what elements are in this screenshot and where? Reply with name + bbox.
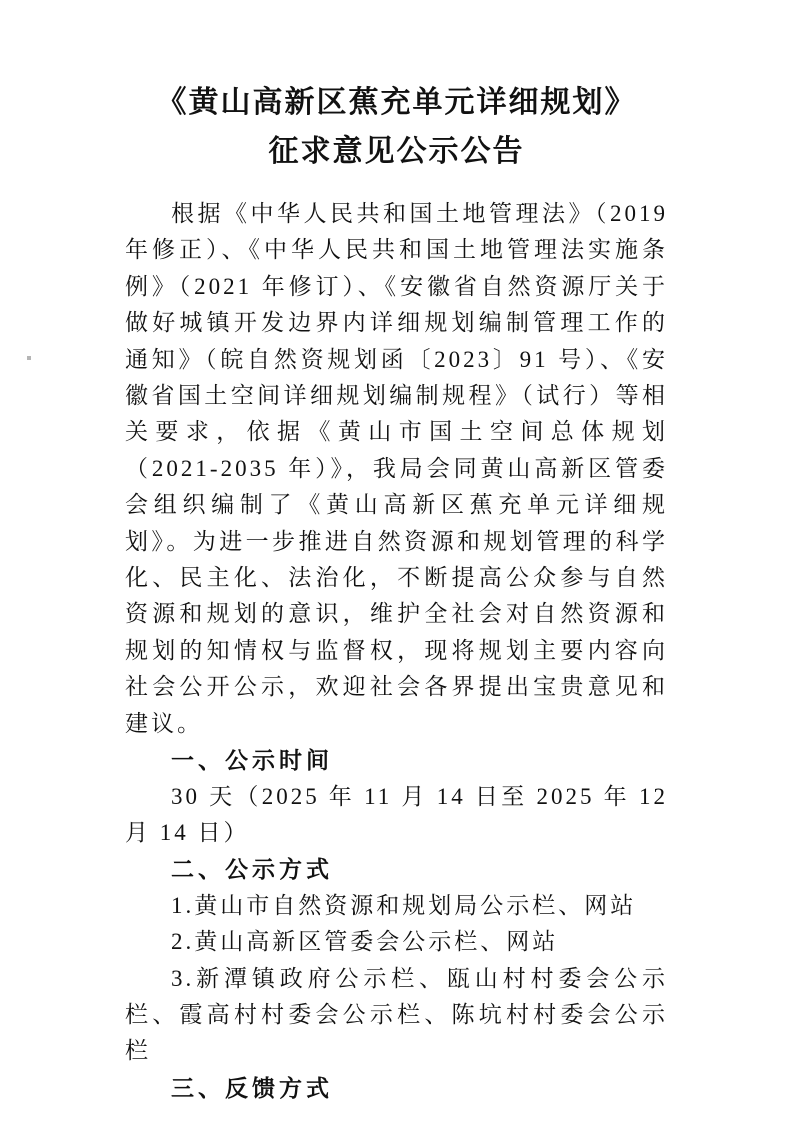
section-1-heading: 一、公示时间 (125, 742, 668, 778)
section-2-item-2: 2.黄山高新区管委会公示栏、网站 (125, 924, 668, 960)
document-title-line2: 征求意见公示公告 (125, 127, 668, 176)
section-1-item-1: 30 天（2025 年 11 月 14 日至 2025 年 12 月 14 日） (125, 779, 668, 852)
scan-artifact-speck (27, 356, 31, 360)
section-2-item-3: 3.新潭镇政府公示栏、瓯山村村委会公示栏、霞高村村委会公示栏、陈坑村村委会公示栏 (125, 961, 668, 1070)
section-2-item-1: 1.黄山市自然资源和规划局公示栏、网站 (125, 888, 668, 924)
document-title: 《黄山高新区蕉充单元详细规划》 征求意见公示公告 (125, 78, 668, 176)
intro-paragraph: 根据《中华人民共和国土地管理法》（2019 年修正）、《中华人民共和国土地管理法… (125, 196, 668, 742)
document-title-line1: 《黄山高新区蕉充单元详细规划》 (125, 78, 668, 127)
section-2-heading: 二、公示方式 (125, 851, 668, 887)
section-3-heading: 三、反馈方式 (125, 1070, 668, 1106)
document-text-flow: 根据《中华人民共和国土地管理法》（2019 年修正）、《中华人民共和国土地管理法… (125, 196, 668, 1106)
document-body: 《黄山高新区蕉充单元详细规划》 征求意见公示公告 根据《中华人民共和国土地管理法… (0, 78, 793, 1106)
document-page: 《黄山高新区蕉充单元详细规划》 征求意见公示公告 根据《中华人民共和国土地管理法… (0, 0, 793, 1122)
